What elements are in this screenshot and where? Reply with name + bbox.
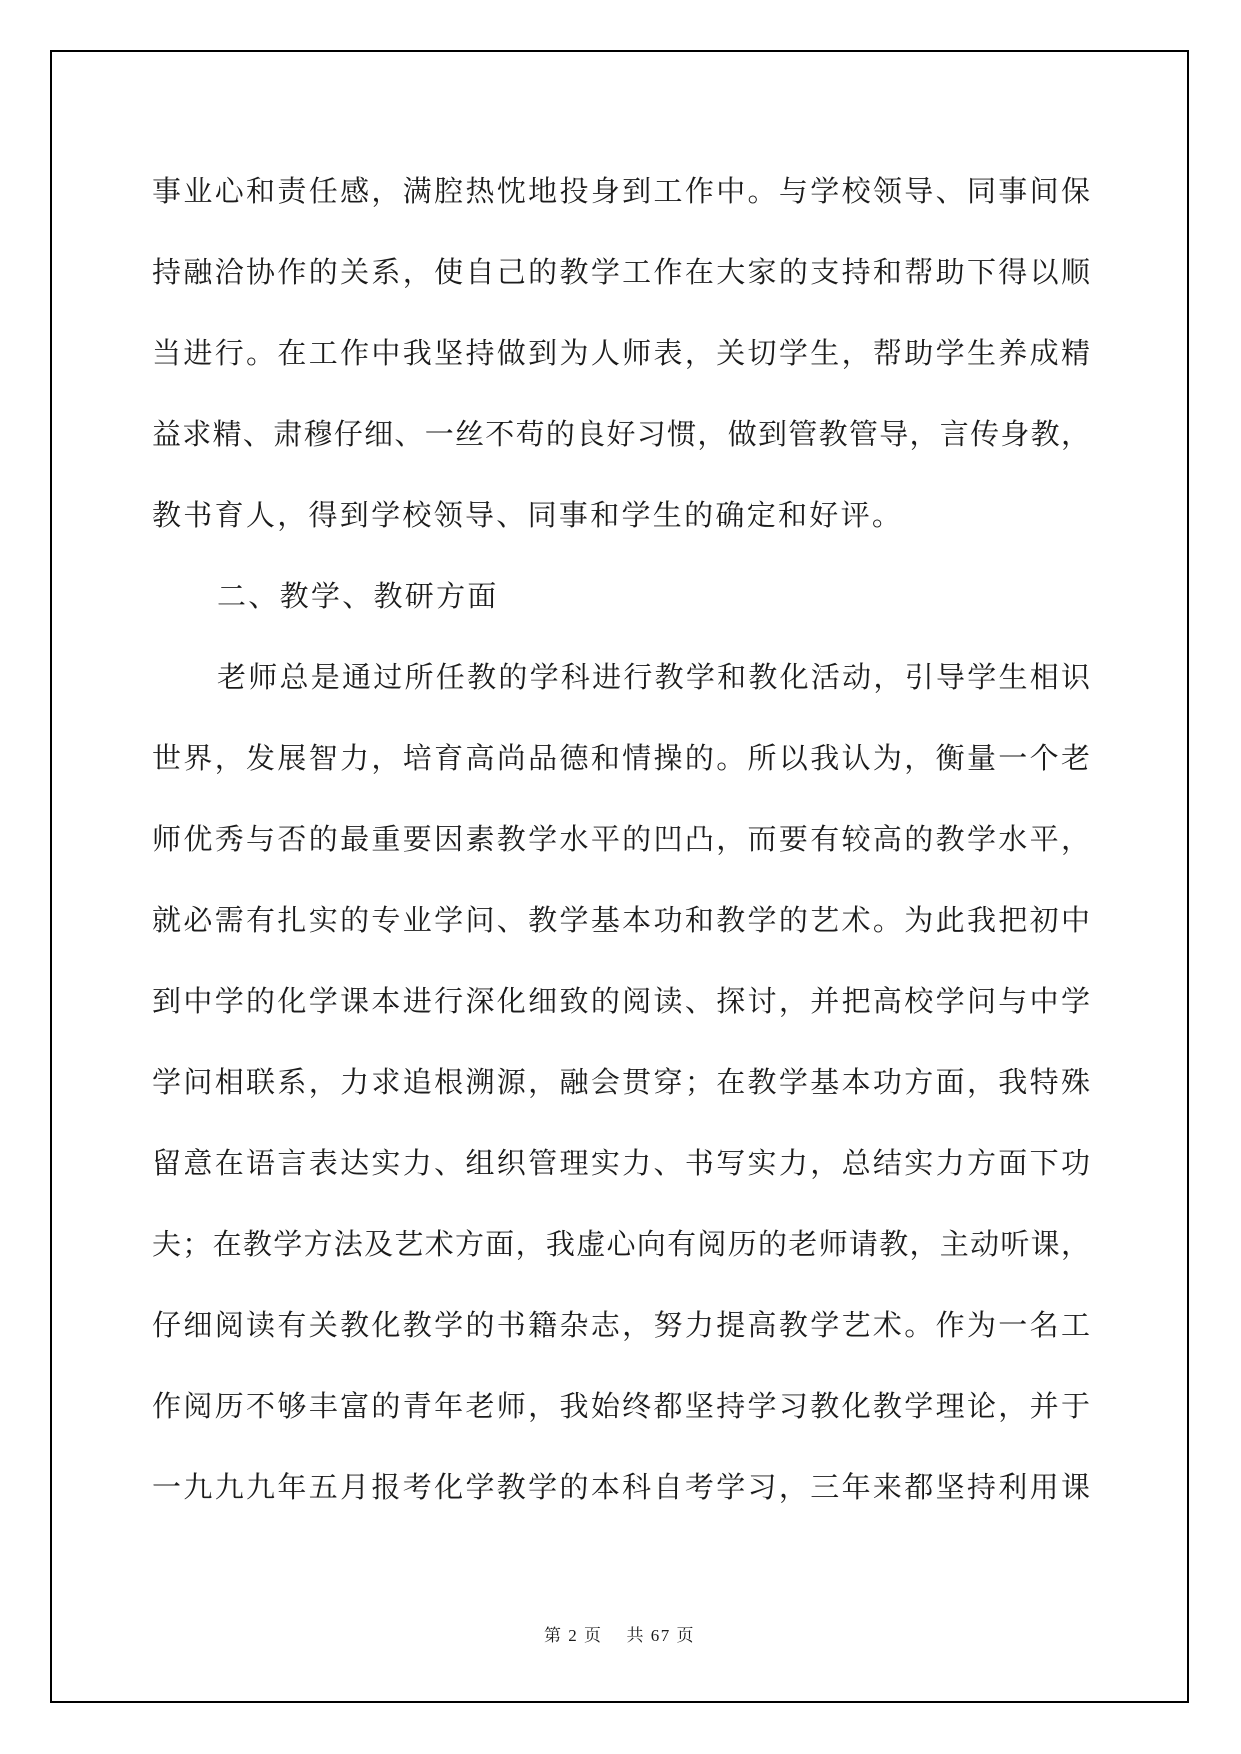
page-number-label: 第 2 页 — [544, 1626, 603, 1645]
document-text-line: 夫；在教学方法及艺术方面，我虚心向有阅历的老师请教，主动听课， — [152, 1205, 1090, 1286]
document-text-line: 世界，发展智力，培育高尚品德和情操的。所以我认为，衡量一个老 — [152, 719, 1090, 800]
document-text-line: 到中学的化学课本进行深化细致的阅读、探讨，并把高校学问与中学 — [152, 962, 1090, 1043]
document-page: 事业心和责任感，满腔热忱地投身到工作中。与学校领导、同事间保持融洽协作的关系，使… — [0, 0, 1241, 1754]
document-text-line: 二、教学、教研方面 — [152, 557, 1090, 638]
total-pages-label: 共 67 页 — [627, 1626, 696, 1645]
page-footer: 第 2 页共 67 页 — [50, 1622, 1189, 1650]
document-text-line: 教书育人，得到学校领导、同事和学生的确定和好评。 — [152, 476, 1090, 557]
document-lines: 事业心和责任感，满腔热忱地投身到工作中。与学校领导、同事间保持融洽协作的关系，使… — [152, 152, 1090, 1529]
document-text-line: 作阅历不够丰富的青年老师，我始终都坚持学习教化教学理论，并于 — [152, 1367, 1090, 1448]
document-text-line: 事业心和责任感，满腔热忱地投身到工作中。与学校领导、同事间保 — [152, 152, 1090, 233]
document-text-line: 就必需有扎实的专业学问、教学基本功和教学的艺术。为此我把初中 — [152, 881, 1090, 962]
document-text-line: 学问相联系，力求追根溯源，融会贯穿；在教学基本功方面，我特殊 — [152, 1043, 1090, 1124]
document-text-line: 益求精、肃穆仔细、一丝不苟的良好习惯，做到管教管导，言传身教， — [152, 395, 1090, 476]
document-text-line: 仔细阅读有关教化教学的书籍杂志，努力提高教学艺术。作为一名工 — [152, 1286, 1090, 1367]
document-text-line: 老师总是通过所任教的学科进行教学和教化活动，引导学生相识 — [152, 638, 1090, 719]
document-text-line: 持融洽协作的关系，使自己的教学工作在大家的支持和帮助下得以顺 — [152, 233, 1090, 314]
document-text-line: 当进行。在工作中我坚持做到为人师表，关切学生，帮助学生养成精 — [152, 314, 1090, 395]
document-text-line: 一九九九年五月报考化学教学的本科自考学习，三年来都坚持利用课 — [152, 1448, 1090, 1529]
document-text-line: 留意在语言表达实力、组织管理实力、书写实力，总结实力方面下功 — [152, 1124, 1090, 1205]
document-text-line: 师优秀与否的最重要因素教学水平的凹凸，而要有较高的教学水平， — [152, 800, 1090, 881]
